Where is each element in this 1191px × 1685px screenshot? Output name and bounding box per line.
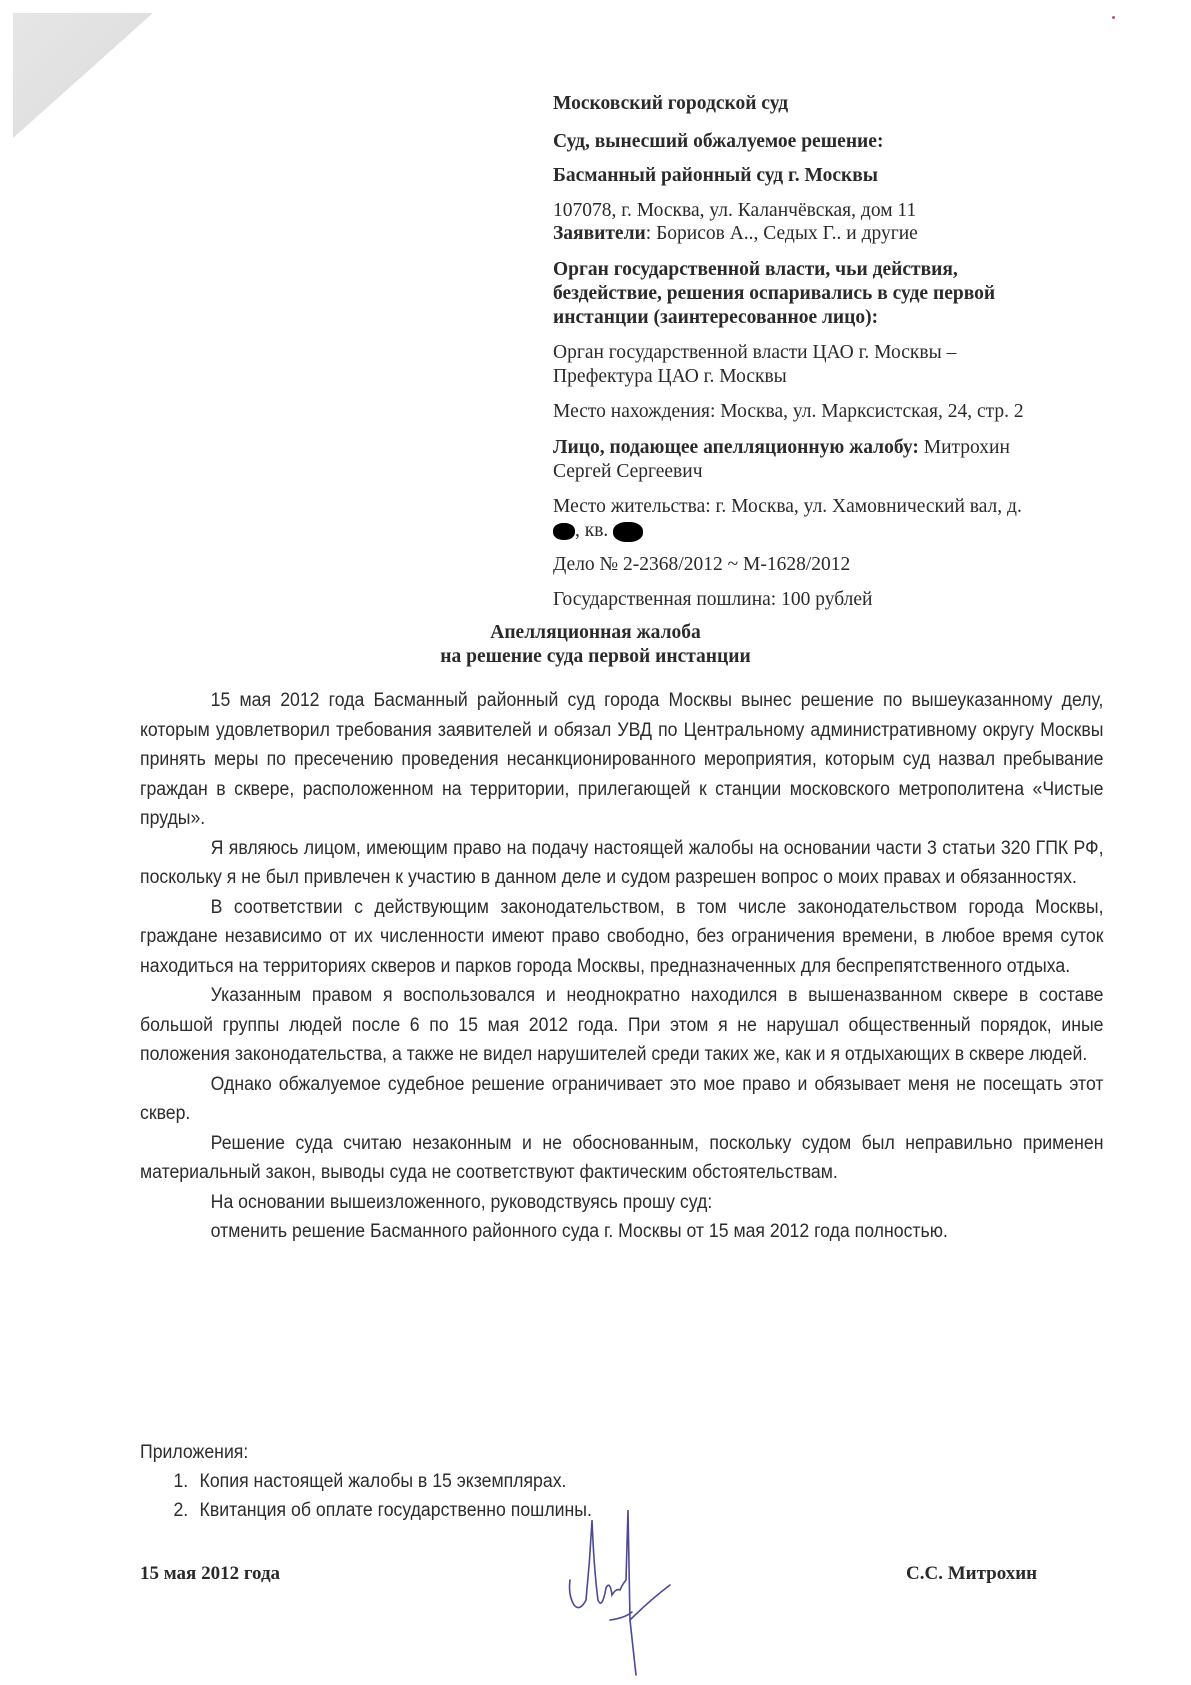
applicants-line: Заявители: Борисов А.., Седых Г.. и друг… [553,222,918,246]
paragraph: отменить решение Басманного районного су… [140,1217,1103,1247]
signature-icon [550,1500,690,1680]
residence-apt-label: , кв. [575,520,608,541]
paragraph: Указанным правом я воспользовался и неод… [140,981,1103,1070]
appealed-court-label: Суд, вынесший обжалуемое решение: [553,130,883,154]
paragraph: Решение суда считаю незаконным и не обос… [140,1129,1103,1188]
appellant-line: Лицо, подающее апелляционную жалобу: Мит… [553,436,1010,460]
document-title: Апелляционная жалоба [0,621,1191,645]
residence-line-1: Место жительства: г. Москва, ул. Хамовни… [553,495,1022,519]
applicants-label: Заявители [553,223,646,244]
residence-line-2: , кв. [553,519,643,543]
authority-value-line-2: Префектура ЦАО г. Москвы [553,365,787,389]
authority-label-line-3: инстанции (заинтересованное лицо): [553,306,878,330]
redaction-house [553,523,575,540]
attachment-item: 1.Копия настоящей жалобы в 15 экземпляра… [140,1467,592,1496]
appellant-name-cont: Сергей Сергеевич [553,460,703,484]
attachment-text: Копия настоящей жалобы в 15 экземплярах. [200,1471,567,1492]
court-name: Московский городской суд [553,92,788,116]
attachment-number: 2. [173,1496,199,1525]
applicants-value: : Борисов А.., Седых Г.. и другие [646,223,918,244]
paragraph: 15 мая 2012 года Басманный районный суд … [140,686,1103,834]
appealed-court-name: Басманный районный суд г. Москвы [553,164,878,188]
document-body: 15 мая 2012 года Басманный районный суд … [140,686,1037,1247]
redaction-apartment [613,522,643,542]
authority-value-line-1: Орган государственной власти ЦАО г. Моск… [553,341,956,365]
paragraph: На основании вышеизложенного, руководств… [140,1188,1103,1218]
paragraph: Я являюсь лицом, имеющим право на подачу… [140,834,1103,893]
attachment-item: 2.Квитанция об оплате государственно пош… [140,1496,592,1525]
case-number: Дело № 2-2368/2012 ~ М-1628/2012 [553,553,850,577]
attachments-label: Приложения: [140,1438,592,1467]
attachment-text: Квитанция об оплате государственно пошли… [200,1500,592,1521]
attachment-number: 1. [173,1467,199,1496]
appealed-court-address: 107078, г. Москва, ул. Каланчёвская, дом… [553,199,916,223]
document-subtitle: на решение суда первой инстанции [0,645,1191,669]
paragraph: В соответствии с действующим законодател… [140,893,1103,982]
authority-label-line-1: Орган государственной власти, чьи действ… [553,258,958,282]
authority-location: Место нахождения: Москва, ул. Марксистск… [553,400,1024,424]
paragraph: Однако обжалуемое судебное решение огран… [140,1070,1103,1129]
authority-label-line-2: бездействие, решения оспаривались в суде… [553,282,995,306]
footer-signatory: С.С. Митрохин [906,1563,1037,1585]
appellant-label: Лицо, подающее апелляционную жалобу: [553,437,919,458]
appellant-name: Митрохин [919,437,1010,458]
attachments: Приложения: 1.Копия настоящей жалобы в 1… [140,1438,592,1525]
scan-speck [1112,16,1115,19]
footer-date: 15 мая 2012 года [140,1563,280,1585]
folded-page-corner [13,13,153,138]
state-fee: Государственная пошлина: 100 рублей [553,588,872,612]
